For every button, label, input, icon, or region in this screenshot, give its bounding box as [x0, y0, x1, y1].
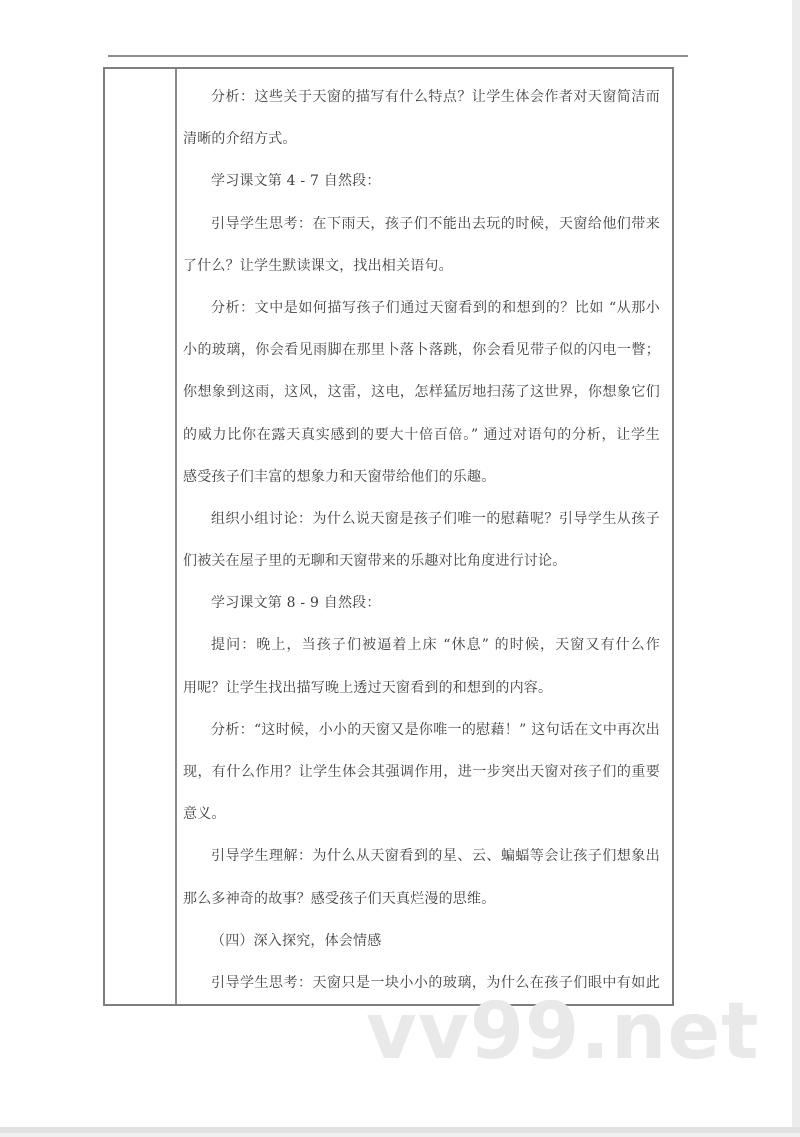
paragraph-line: 分析：这些关于天窗的描写有什么特点？让学生体会作者对天窗简洁而 — [183, 76, 660, 118]
paragraph-line: 引导学生思考：在下雨天，孩子们不能出去玩的时候，天窗给他们带来 — [183, 203, 660, 245]
table-cell-left-empty — [105, 69, 177, 1004]
paragraph-line: 了什么？让学生默读课文，找出相关语句。 — [183, 245, 660, 287]
paragraph-line: 用呢？让学生找出描写晚上透过天窗看到的和想到的内容。 — [183, 667, 660, 709]
page-header-rule — [108, 55, 688, 57]
paragraph-line: 分析：文中是如何描写孩子们通过天窗看到的和想到的？比如 “从那小 — [183, 287, 660, 329]
paragraph-line: 引导学生理解：为什么从天窗看到的星、云、蝙蝠等会让孩子们想象出 — [183, 835, 660, 877]
lesson-plan-table: 分析：这些关于天窗的描写有什么特点？让学生体会作者对天窗简洁而 清晰的介绍方式。… — [103, 67, 674, 1006]
paragraph-line: 感受孩子们丰富的想象力和天窗带给他们的乐趣。 — [183, 456, 660, 498]
paragraph-line: 学习课文第 4 - 7 自然段： — [183, 160, 660, 202]
site-watermark: vv99.net — [366, 993, 760, 1071]
scan-edge-right — [792, 0, 800, 1137]
paragraph-line: 你想象到这雨，这风，这雷，这电，怎样猛厉地扫荡了这世界，你想象它们 — [183, 371, 660, 413]
paragraph-line: 们被关在屋子里的无聊和天窗带来的乐趣对比角度进行讨论。 — [183, 540, 660, 582]
paragraph-line: 提问：晚上，当孩子们被逼着上床 “休息” 的时候，天窗又有什么作 — [183, 624, 660, 666]
paragraph-line: 学习课文第 8 - 9 自然段： — [183, 582, 660, 624]
paragraph-line: 分析：“这时候，小小的天窗又是你唯一的慰藉！” 这句话在文中再次出 — [183, 709, 660, 751]
paragraph-line: 意义。 — [183, 793, 660, 835]
scan-edge-bottom-light — [0, 1133, 800, 1137]
paragraph-line: 小的玻璃，你会看见雨脚在那里卜落卜落跳，你会看见带子似的闪电一瞥； — [183, 329, 660, 371]
table-cell-teaching-process: 分析：这些关于天窗的描写有什么特点？让学生体会作者对天窗简洁而 清晰的介绍方式。… — [177, 69, 672, 1004]
paragraph-line: 的威力比你在露天真实感到的要大十倍百倍。” 通过对语句的分析，让学生 — [183, 414, 660, 456]
paragraph-line: 现，有什么作用？让学生体会其强调作用，进一步突出天窗对孩子们的重要 — [183, 751, 660, 793]
paragraph-line: 那么多神奇的故事？感受孩子们天真烂漫的思维。 — [183, 878, 660, 920]
paragraph-line: 清晰的介绍方式。 — [183, 118, 660, 160]
paragraph-line: （四）深入探究，体会情感 — [183, 920, 660, 962]
paragraph-line: 组织小组讨论：为什么说天窗是孩子们唯一的慰藉呢？引导学生从孩子 — [183, 498, 660, 540]
